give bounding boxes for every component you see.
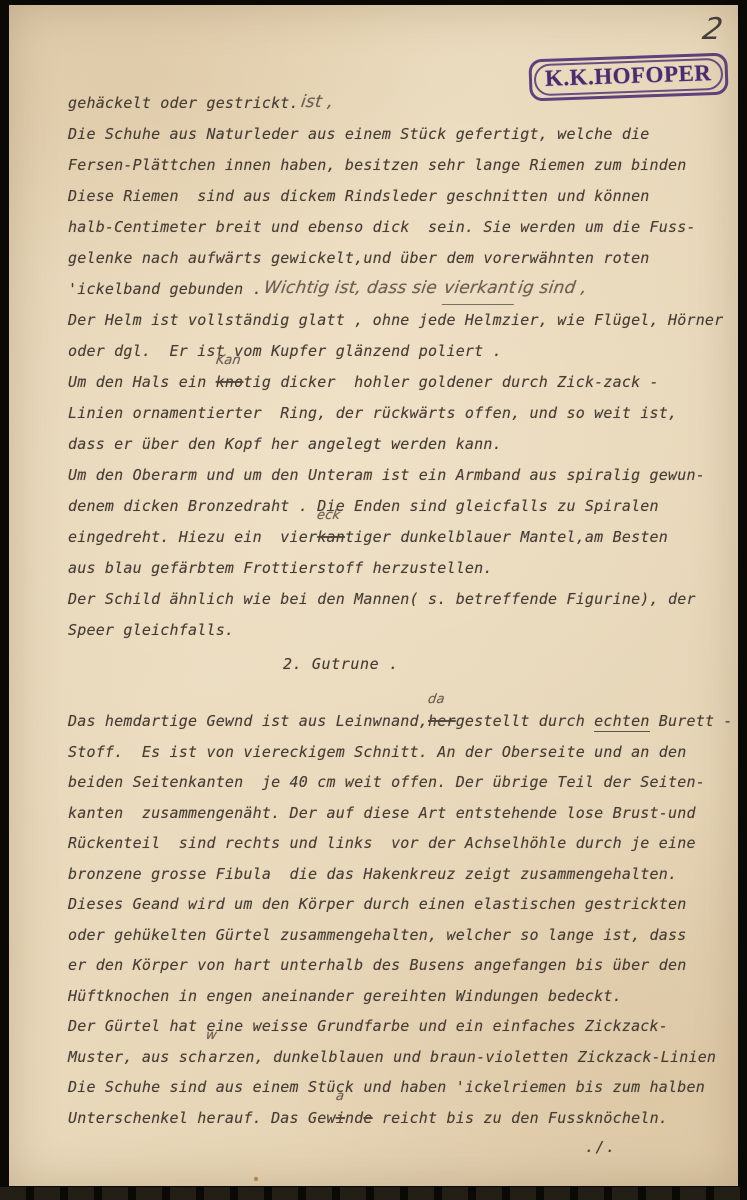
typed-line: Hüftknochen in engen aneinander gereihte… — [68, 981, 733, 1012]
typed-line: Um den Oberarm und um den Unteram ist ei… — [68, 460, 723, 491]
handwritten-correction: daher — [428, 706, 456, 737]
typed-text: Hüftknochen in engen aneinander gereihte… — [68, 987, 622, 1005]
paper-speck — [254, 1177, 258, 1181]
typed-text: nd — [345, 1109, 363, 1127]
typed-text: Diese Riemen sind aus dickem Rindsleder … — [68, 187, 650, 205]
typed-line: Muster, aus schwarzen, dunkelblauen und … — [68, 1042, 733, 1073]
typed-text: Der Helm ist vollständig glatt , ohne je… — [68, 311, 723, 329]
typed-line: gehäckelt oder gestrickt.ist , — [68, 88, 723, 119]
typed-line: Die Schuhe sind aus einem Stück und habe… — [68, 1072, 733, 1103]
typed-line: oder dgl. Er ist vom Kupfer glänzend pol… — [68, 336, 723, 367]
typed-line: gelenke nach aufwärts gewickelt,und über… — [68, 243, 723, 274]
typed-line: Linien ornamentierter Ring, der rückwärt… — [68, 398, 723, 429]
handwritten-annotation: ig sind , — [516, 273, 589, 304]
struck-typed-text: i — [336, 1109, 345, 1127]
correction-above-text: Kan — [215, 354, 242, 367]
typed-line: denem dicken Bronzedraht . Die Enden sin… — [68, 491, 723, 522]
correction-above-text: w — [206, 1029, 219, 1042]
handwritten-correction: ai — [336, 1103, 345, 1134]
typed-text: Der Schild ähnlich wie bei den Mannen( s… — [68, 590, 696, 608]
handwritten-annotation: Wichtig ist, dass sie — [262, 273, 445, 304]
typed-text: Dieses Geand wird um den Körper durch ei… — [68, 895, 686, 913]
section-heading: 2. Gutrune . — [283, 655, 399, 673]
handwritten-correction: eckkan — [317, 522, 345, 553]
typed-line: beiden Seitenkanten je 40 cm weit offen.… — [68, 767, 733, 798]
struck-typed-text: e — [363, 1109, 372, 1127]
correction-above-text: da — [427, 693, 445, 706]
handwritten-annotation: ist , — [299, 87, 335, 118]
handwritten-insertion: w — [206, 1042, 208, 1073]
correction-above-text: eck — [316, 509, 341, 522]
typed-line: er den Körper von hart unterhalb des Bus… — [68, 950, 733, 981]
typed-text: Das hemdartige Gewnd ist aus Leinwnand, — [68, 712, 428, 730]
handwritten-annotation-underlined: vierkant — [442, 273, 518, 305]
struck-typed-text: kan — [317, 528, 345, 546]
typed-text: denem dicken Bronzedraht . Die Enden sin… — [68, 497, 659, 515]
typed-text: Fersen-Plättchen innen haben, besitzen s… — [68, 156, 686, 174]
typed-text: tig dicker hohler goldener durch Zick-za… — [243, 373, 658, 391]
typed-text: beiden Seitenkanten je 40 cm weit offen.… — [68, 773, 705, 791]
typed-line: oder gehükelten Gürtel zusammengehalten,… — [68, 920, 733, 951]
typed-text: tiger dunkelblauer Mantel,am Besten — [345, 528, 668, 546]
typed-line: 'ickelband gebunden .Wichtig ist, dass s… — [68, 274, 723, 305]
struck-typed-text: her — [428, 712, 456, 730]
typed-line: halb-Centimeter breit und ebenso dick se… — [68, 212, 723, 243]
typed-text: arzen, dunkelblauen und braun-violetten … — [208, 1048, 716, 1066]
typed-text: dass er über den Kopf her angelegt werde… — [68, 435, 502, 453]
typed-text: kanten zusammengenäht. Der auf diese Art… — [68, 804, 696, 822]
typed-text: oder dgl. Er ist vom Kupfer glänzend pol… — [68, 342, 502, 360]
typed-line: Dieses Geand wird um den Körper durch ei… — [68, 889, 733, 920]
typed-text: er den Körper von hart unterhalb des Bus… — [68, 956, 686, 974]
typed-text: gestellt durch — [456, 712, 594, 730]
typed-line: bronzene grosse Fibula die das Hakenkreu… — [68, 859, 733, 890]
typed-line: Fersen-Plättchen innen haben, besitzen s… — [68, 150, 723, 181]
typed-text: 'ickelband gebunden . — [68, 280, 262, 298]
handwritten-correction: Kankno — [216, 367, 244, 398]
typed-text: gelenke nach aufwärts gewickelt,und über… — [68, 249, 650, 267]
typed-line: Stoff. Es ist von viereckigem Schnitt. A… — [68, 737, 733, 768]
typed-line: Die Schuhe aus Naturleder aus einem Stüc… — [68, 119, 723, 150]
typed-line: Diese Riemen sind aus dickem Rindsleder … — [68, 181, 723, 212]
typed-line: Der Schild ähnlich wie bei den Mannen( s… — [68, 584, 723, 615]
typed-line: eingedreht. Hiezu ein viereckkantiger du… — [68, 522, 723, 553]
typed-line: Der Helm ist vollständig glatt , ohne je… — [68, 305, 723, 336]
typed-text: eingedreht. Hiezu ein vier — [68, 528, 317, 546]
typed-line: Der Gürtel hat eine weisse Grundfarbe un… — [68, 1011, 733, 1042]
typed-line: Speer gleichfalls. — [68, 615, 723, 646]
typed-text: Der Gürtel hat eine weisse Grundfarbe un… — [68, 1017, 668, 1035]
typed-line: dass er über den Kopf her angelegt werde… — [68, 429, 723, 460]
typed-text: Um den Oberarm und um den Unteram ist ei… — [68, 466, 705, 484]
typed-text: Die Schuhe sind aus einem Stück und habe… — [68, 1078, 705, 1096]
typed-text: Muster, aus sch — [68, 1048, 206, 1066]
typed-text: bronzene grosse Fibula die das Hakenkreu… — [68, 865, 677, 883]
typed-text: reicht bis zu den Fussknöcheln. — [373, 1109, 668, 1127]
typed-text: Die Schuhe aus Naturleder aus einem Stüc… — [68, 125, 650, 143]
typed-text: Burett - — [650, 712, 733, 730]
typed-line: Rückenteil sind rechts und links vor der… — [68, 828, 733, 859]
handwritten-correction: e — [363, 1103, 372, 1134]
typed-text: Stoff. Es ist von viereckigem Schnitt. A… — [68, 743, 686, 761]
typed-line: Unterschenkel herauf. Das Gewainde reich… — [68, 1103, 733, 1134]
typed-line: aus blau gefärbtem Frottierstoff herzust… — [68, 553, 723, 584]
typed-text: Um den Hals ein — [68, 373, 216, 391]
typed-text: Rückenteil sind rechts und links vor der… — [68, 834, 696, 852]
typed-text: Linien ornamentierter Ring, der rückwärt… — [68, 404, 677, 422]
film-edge-marks — [0, 1187, 747, 1200]
typed-text: Unterschenkel herauf. Das Gew — [68, 1109, 336, 1127]
typed-section-1: gehäckelt oder gestrickt.ist ,Die Schuhe… — [68, 88, 723, 646]
typed-text: halb-Centimeter breit und ebenso dick se… — [68, 218, 696, 236]
typed-text: gehäckelt oder gestrickt. — [68, 94, 299, 112]
typed-text: oder gehükelten Gürtel zusammengehalten,… — [68, 926, 686, 944]
typed-text: aus blau gefärbtem Frottierstoff herzust… — [68, 559, 493, 577]
typed-line: Um den Hals ein Kanknotig dicker hohler … — [68, 367, 723, 398]
typed-text: Speer gleichfalls. — [68, 621, 234, 639]
struck-typed-text: kno — [216, 373, 244, 391]
typed-text-underlined: echten — [594, 712, 649, 732]
end-of-page-mark: ./. — [585, 1138, 617, 1156]
typed-line: kanten zusammengenäht. Der auf diese Art… — [68, 798, 733, 829]
typed-line: Das hemdartige Gewnd ist aus Leinwnand,d… — [68, 706, 733, 737]
scan-frame: 2 K.K.HOFOPER gehäckelt oder gestrickt.i… — [0, 0, 747, 1200]
typed-section-2: Das hemdartige Gewnd ist aus Leinwnand,d… — [68, 706, 733, 1133]
stamp-text: K.K.HOFOPER — [545, 60, 712, 91]
correction-above-text: a — [335, 1090, 345, 1103]
